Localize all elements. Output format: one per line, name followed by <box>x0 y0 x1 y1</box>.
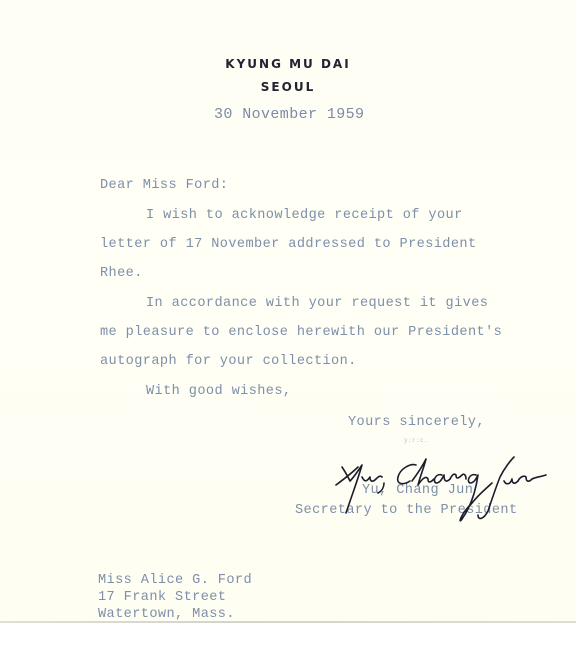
recipient-street: 17 Frank Street <box>98 590 226 605</box>
body-paragraph-1-line-3: Rhee. <box>100 266 143 281</box>
recipient-city: Watertown, Mass. <box>98 607 235 622</box>
body-paragraph-2-line-2: me pleasure to enclose herewith our Pres… <box>100 325 502 340</box>
paper-fold-edge <box>0 621 576 623</box>
letterhead-line-1: KYUNG MU DAI <box>0 57 576 71</box>
body-paragraph-1-line-2: letter of 17 November addressed to Presi… <box>100 237 477 252</box>
letterhead-line-2: SEOUL <box>0 80 576 94</box>
letter-date: 30 November 1959 <box>214 106 364 123</box>
body-paragraph-3: With good wishes, <box>146 384 291 399</box>
handwritten-signature <box>332 455 552 535</box>
body-paragraph-2-line-3: autograph for your collection. <box>100 354 357 369</box>
body-paragraph-1-line-1: I wish to acknowledge receipt of your <box>146 208 463 223</box>
recipient-name: Miss Alice G. Ford <box>98 573 252 588</box>
body-paragraph-2-line-1: In accordance with your request it gives <box>146 296 488 311</box>
closing: Yours sincerely, <box>348 415 485 430</box>
typist-initials: y:r:c. <box>404 437 428 444</box>
salutation: Dear Miss Ford: <box>100 178 228 193</box>
